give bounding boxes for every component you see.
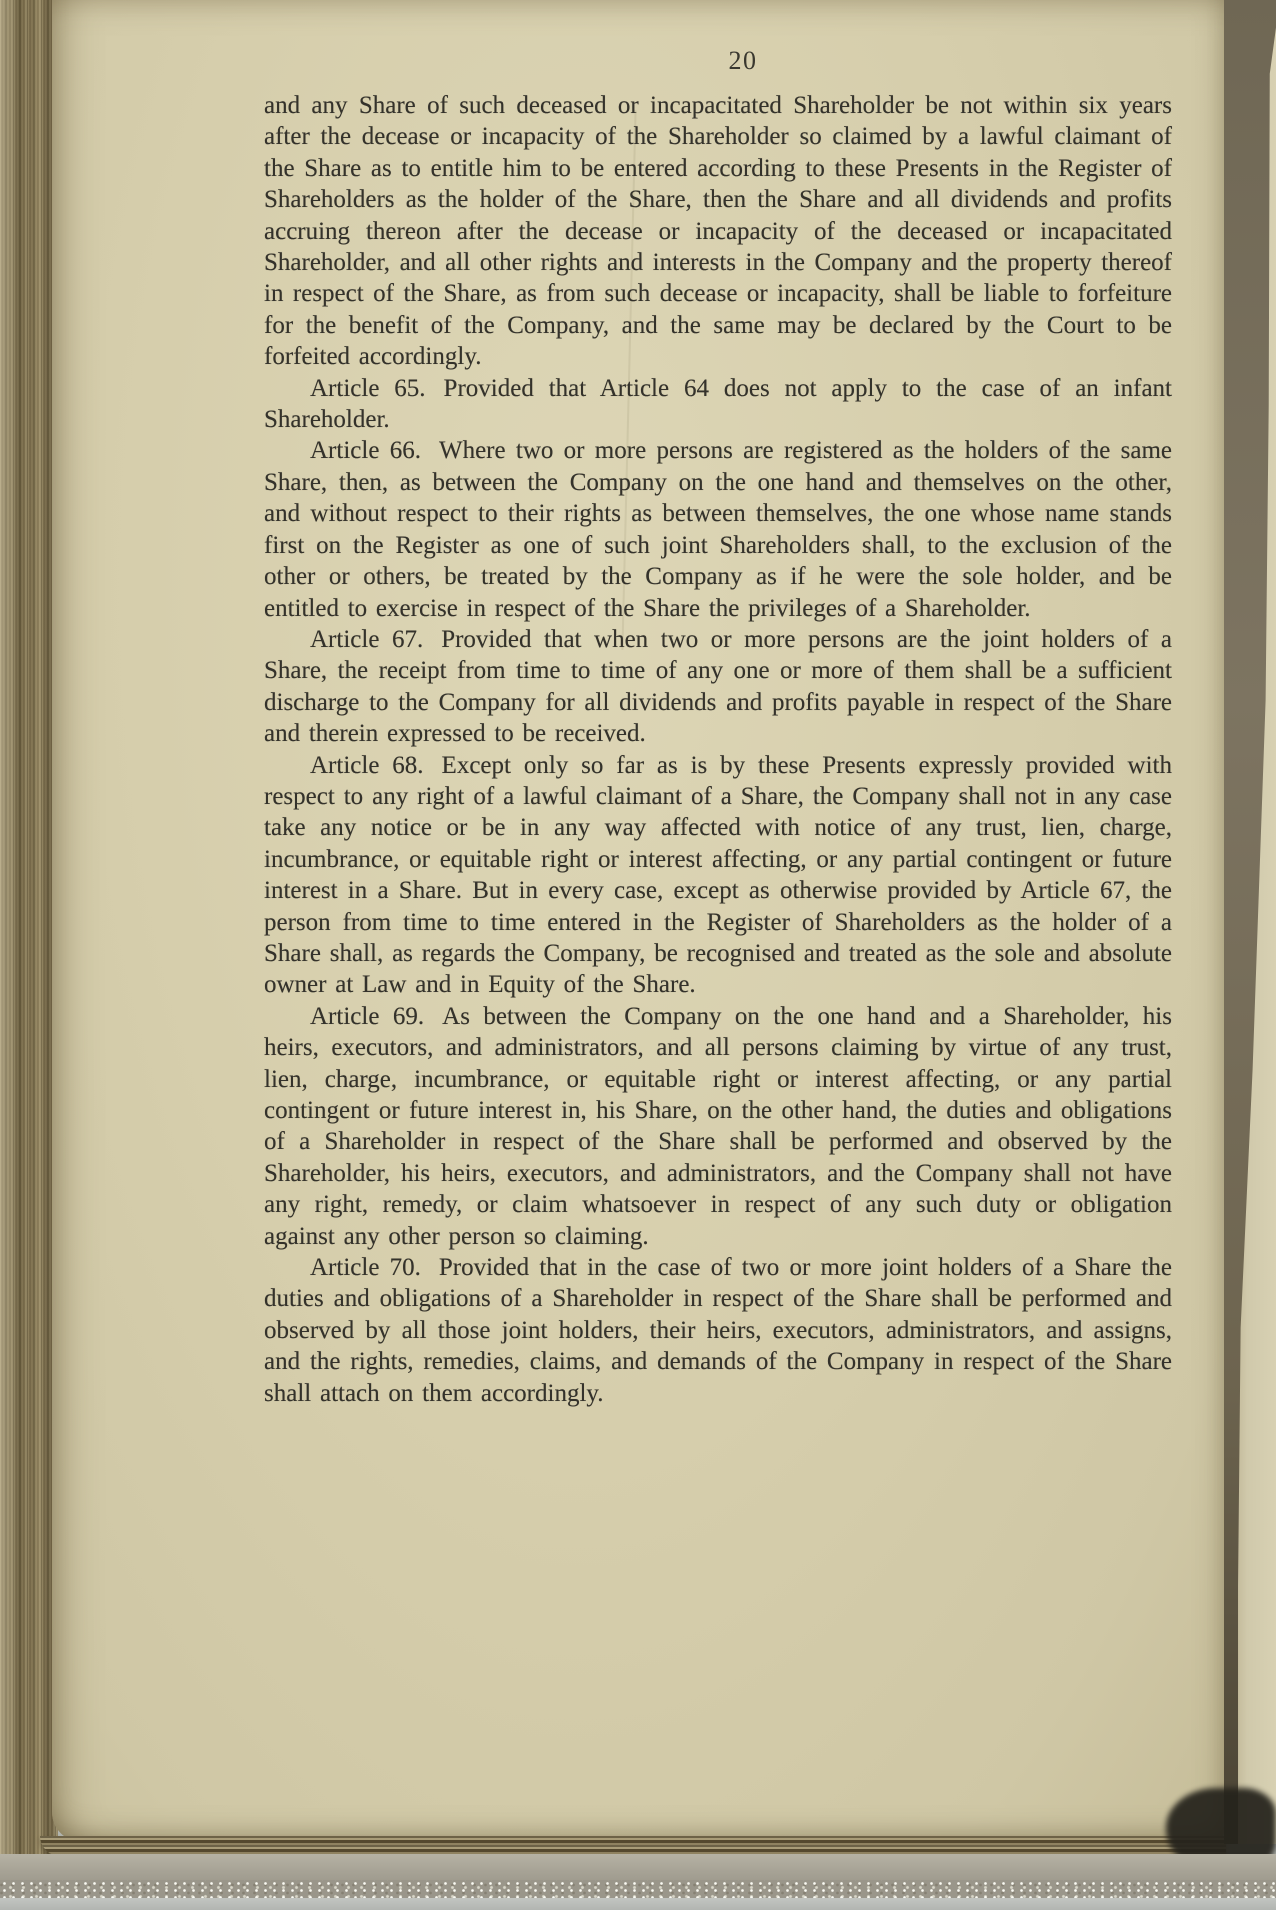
article-label: Article 69. [310,1003,424,1030]
article-text: As between the Company on the one hand a… [264,1003,1172,1250]
article-label: Article 68. [310,752,424,779]
paragraph: and any Share of such deceased or incapa… [264,90,1172,373]
paragraph: Article 66.Where two or more persons are… [264,435,1172,623]
article-label: Article 67. [310,626,423,653]
article-label: Article 70. [310,1254,421,1281]
stacked-page-edges-left [0,0,58,1856]
speckled-strip [0,1880,1276,1898]
book-scan: 20 and any Share of such deceased or inc… [0,0,1276,1910]
bottom-strip [0,1898,1276,1910]
article-text: Except only so far as is by these Presen… [264,752,1172,999]
paragraph: Article 68.Except only so far as is by t… [264,750,1172,1001]
paragraph: Article 70.Provided that in the case of … [264,1252,1172,1409]
gutter-shadow [1224,0,1276,1844]
article-label: Article 66. [310,437,421,464]
paragraph: Article 65.Provided that Article 64 does… [264,373,1172,436]
text-column: and any Share of such deceased or incapa… [264,90,1172,1409]
article-text: Where two or more persons are registered… [264,437,1172,621]
scanner-bed-strip [0,1854,1276,1880]
article-text: and any Share of such deceased or incapa… [264,92,1172,370]
page-number: 20 [290,46,1196,76]
article-label: Article 65. [310,375,426,402]
facing-page-edge [1224,0,1276,1844]
paragraph: Article 69.As between the Company on the… [264,1001,1172,1252]
stacked-page-edges-bottom [40,1836,1226,1856]
paragraph: Article 67.Provided that when two or mor… [264,624,1172,750]
